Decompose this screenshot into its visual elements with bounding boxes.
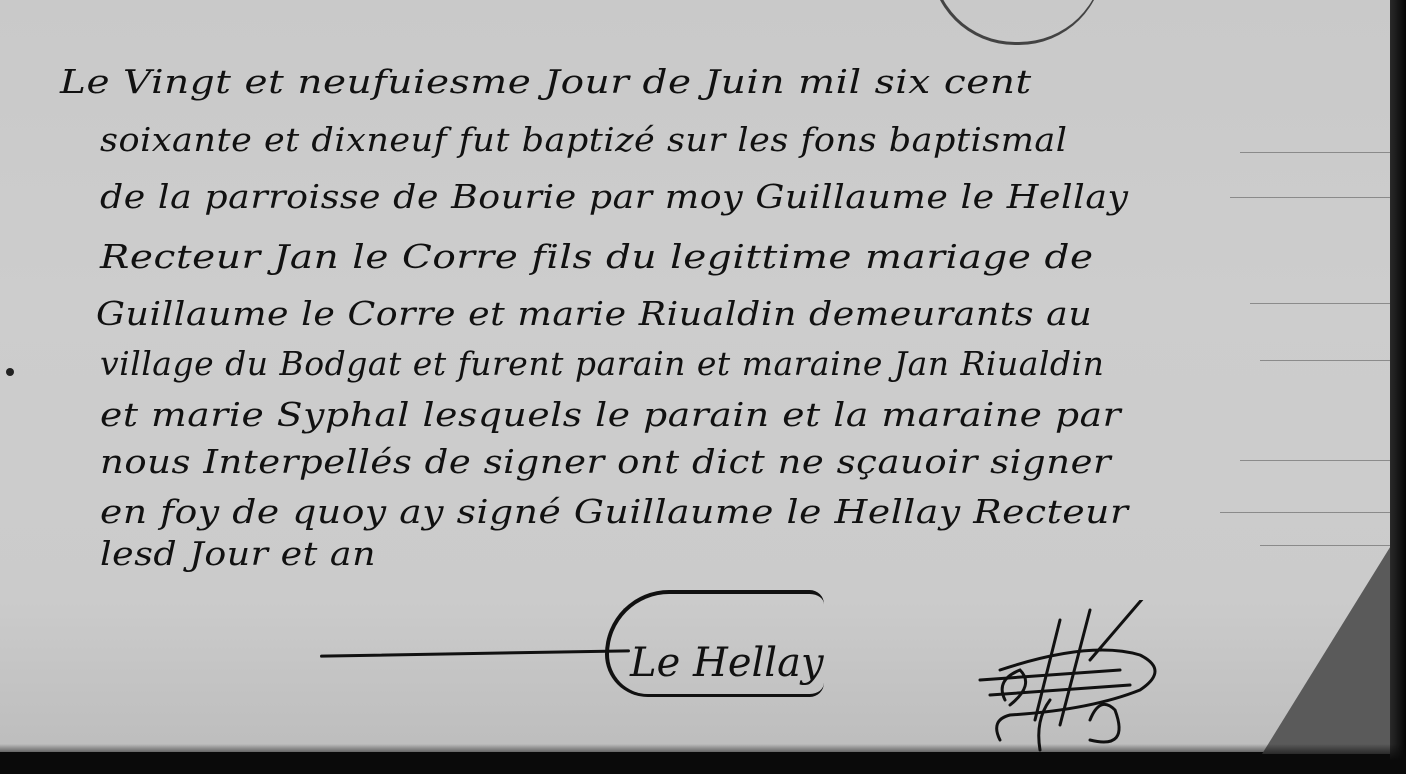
ruled-line	[1240, 152, 1390, 153]
entry-line-1: Le Vingt et neufuiesme Jour de Juin mil …	[60, 62, 1032, 101]
entry-line-2: soixante et dixneuf fut baptizé sur les …	[100, 120, 1068, 159]
page-corner-fold	[1262, 544, 1392, 754]
entry-line-10: lesd Jour et an	[100, 534, 376, 573]
signature-block: Le Hellay	[300, 570, 1250, 752]
entry-line-6: village du Bodgat et furent parain et ma…	[100, 344, 1104, 383]
ruled-line	[1260, 360, 1390, 361]
ruled-line	[1250, 303, 1390, 304]
entry-line-3: de la parroisse de Bourie par moy Guilla…	[100, 177, 1129, 216]
entry-line-9: en foy de quoy ay signé Guillaume le Hel…	[100, 492, 1129, 531]
signature-name: Le Hellay	[630, 640, 824, 686]
ink-dot	[6, 368, 14, 376]
entry-line-8: nous Interpellés de signer ont dict ne s…	[100, 442, 1111, 481]
paraph-flourish-icon	[940, 600, 1180, 752]
ruled-line	[1240, 460, 1390, 461]
entry-line-5: Guillaume le Corre et marie Riualdin dem…	[96, 294, 1092, 333]
ruled-line	[1230, 197, 1390, 198]
entry-line-4: Recteur Jan le Corre fils du legittime m…	[100, 237, 1094, 276]
entry-line-7: et marie Syphal lesquels le parain et la…	[100, 395, 1121, 434]
document-page: Le Vingt et neufuiesme Jour de Juin mil …	[0, 0, 1392, 752]
page-edge-shadow	[1390, 0, 1406, 774]
signature-underline	[320, 649, 630, 657]
ruled-line	[1220, 512, 1390, 513]
previous-entry-flourish	[930, 0, 1104, 45]
page-bottom-shadow	[0, 744, 1406, 774]
